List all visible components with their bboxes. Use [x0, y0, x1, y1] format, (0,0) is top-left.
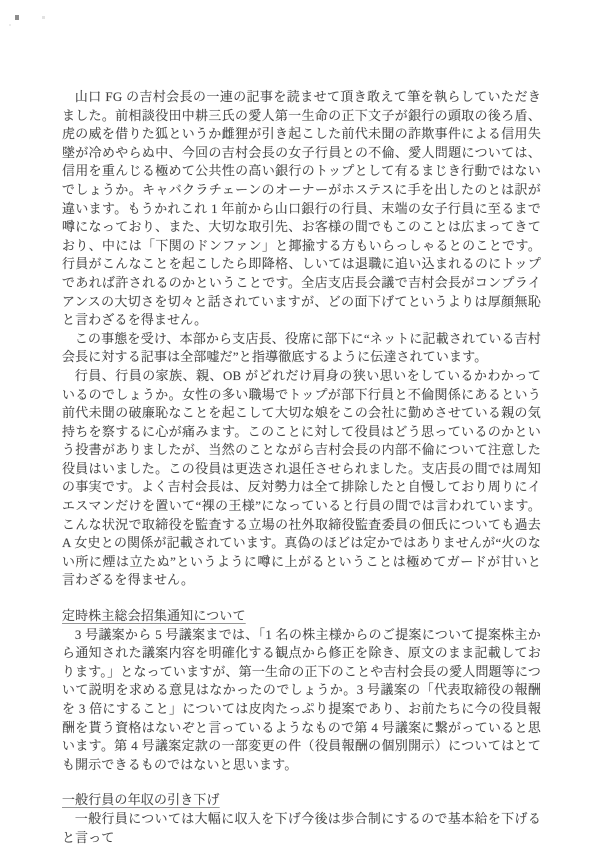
section-heading-salary-cut: 一般行員の年収の引き下げ: [62, 791, 541, 810]
section-heading-agm-notice-text: 定時株主総会招集通知について: [62, 609, 246, 623]
scan-artifact-speck: [15, 15, 19, 20]
document-page: 山口 FG の吉村会長の一連の記事を読ませて頂き敢えて筆を執らしていただきました…: [0, 0, 600, 848]
paragraph-agm-proposals: 3 号議案から 5 号議案までは、「1 名の株主様からのご提案について提案株主か…: [62, 626, 541, 775]
paragraph-employees-and-audit-committee: 行員、行員の家族、親、OB がどれだけ肩身の狭い思いをしているかわかっているので…: [62, 367, 541, 590]
scan-artifact-speck: [9, 24, 11, 26]
paragraph-headquarters-directive: この事態を受け、本部から支店長、役席に部下に“ネットに記載されている吉村会長に対…: [62, 330, 541, 367]
section-heading-salary-cut-text: 一般行員の年収の引き下げ: [62, 793, 220, 807]
paragraph-intro-affair-criticism: 山口 FG の吉村会長の一連の記事を読ませて頂き敢えて筆を執らしていただきました…: [62, 88, 541, 330]
section-heading-agm-notice: 定時株主総会招集通知について: [62, 607, 541, 626]
letter-body: 山口 FG の吉村会長の一連の記事を読ませて頂き敢えて筆を執らしていただきました…: [62, 88, 541, 847]
scan-artifact-speck: [42, 16, 45, 19]
paragraph-salary-cut: 一般行員については大幅に収入を下げ今後は歩合制にするので基本給を下げると言って: [62, 810, 541, 847]
